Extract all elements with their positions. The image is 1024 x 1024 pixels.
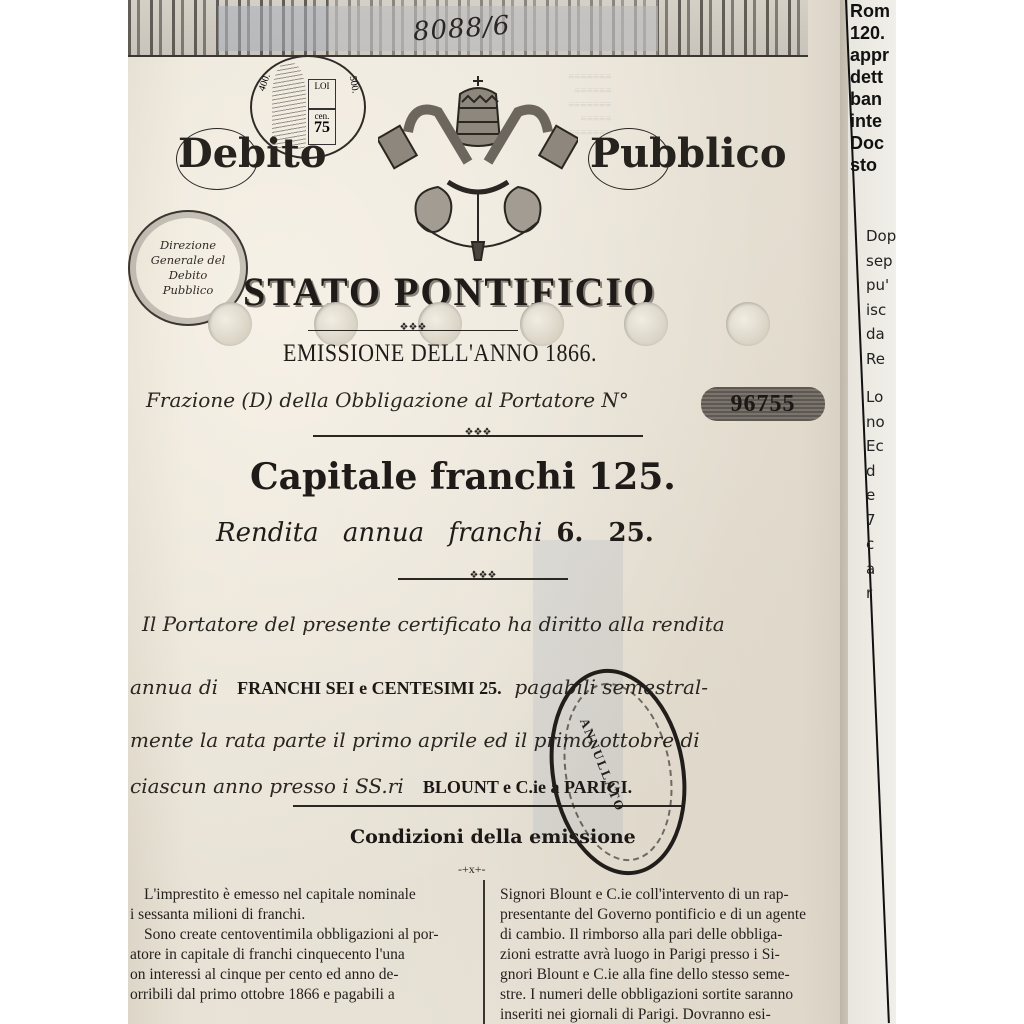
body-text: ciascun anno presso i SS.ri	[130, 774, 404, 798]
body-bold-amount: FRANCHI SEI e CENTESIMI 25.	[237, 678, 502, 698]
punch-hole	[624, 302, 668, 346]
column-line: i sessanta milioni di franchi.	[130, 905, 439, 925]
article-line: Doc	[850, 132, 898, 154]
cancellation-stamp-text: ANNULLATO	[576, 716, 628, 815]
article-line: Rom	[850, 0, 898, 22]
column-line: stre. I numeri delle obbligazioni sortit…	[500, 985, 806, 1005]
annual-income-value: 6. 25.	[556, 518, 653, 548]
title-pubblico: Pubblico	[590, 130, 787, 177]
article-line: sep	[866, 249, 896, 274]
article-line: sto	[850, 154, 898, 176]
papal-tiara-keys-emblem-icon	[378, 72, 578, 272]
ornamental-rule	[308, 330, 518, 331]
column-line: presentante del Governo pontificio e di …	[500, 905, 806, 925]
article-body: Dop sep pu' isc da Re Lo no Ec d e 7 c a…	[866, 224, 896, 606]
title-debito: Debito	[178, 130, 326, 177]
article-line: ban	[850, 88, 898, 110]
article-line: a	[866, 557, 896, 582]
ornamental-rule	[313, 435, 643, 437]
punch-hole	[208, 302, 252, 346]
column-line: inseriti nei giornali di Parigi. Dovrann…	[500, 1005, 806, 1024]
column-line: Signori Blount e C.ie coll'intervento di…	[500, 885, 806, 905]
column-divider	[483, 880, 485, 1024]
bond-number: 96755	[701, 387, 825, 421]
seal-line: Direzione	[130, 238, 246, 253]
column-line: orribili dal primo ottobre 1866 e pagabi…	[130, 985, 439, 1005]
body-line-1: Il Portatore del presente certificato ha…	[142, 612, 725, 636]
article-line: inte	[850, 110, 898, 132]
column-line: L'imprestito è emesso nel capitale nomin…	[130, 885, 439, 905]
annual-income: Rendita annua franchi6. 25.	[216, 518, 654, 548]
article-line: e	[866, 483, 896, 508]
column-line: gnori Blount e C.ie alla fine dello stes…	[500, 965, 806, 985]
article-line: 7	[866, 508, 896, 533]
column-line: on interessi al cinque per cento ed anno…	[130, 965, 439, 985]
column-line: zioni estratte avrà luogo in Parigi pres…	[500, 945, 806, 965]
article-line: c	[866, 532, 896, 557]
seal-line: Pubblico	[130, 283, 246, 298]
stamp-right-value: 500.	[346, 75, 360, 94]
article-line: r	[866, 581, 896, 606]
article-line: 120.	[850, 22, 898, 44]
article-line: da	[866, 322, 896, 347]
article-line: d	[866, 459, 896, 484]
punch-hole	[726, 302, 770, 346]
conditions-column-left: L'imprestito è emesso nel capitale nomin…	[130, 885, 439, 1005]
article-line: Dop	[866, 224, 896, 249]
article-bold-intro: Rom 120. appr dett ban inte Doc sto	[850, 0, 898, 176]
article-line: no	[866, 410, 896, 435]
article-line: Lo	[866, 385, 896, 410]
fraction-line: Frazione (D) della Obbligazione al Porta…	[146, 388, 629, 412]
certificate-paper: ≡≡≡≡≡≡≡ ≡≡≡≡≡≡ ≡≡≡≡≡≡≡ ≡≡≡≡≡ ≡≡≡≡≡≡≡ 808…	[128, 0, 858, 1024]
ornamental-rule	[398, 578, 568, 580]
stamp-tablet-top: LOI	[308, 79, 336, 109]
conditions-ornament: -+x+-	[458, 862, 486, 877]
article-line: appr	[850, 44, 898, 66]
article-line: Ec	[866, 434, 896, 459]
article-line: isc	[866, 298, 896, 323]
blank-margin	[896, 0, 1024, 1024]
column-line: di cambio. Il rimborso alla pari delle o…	[500, 925, 806, 945]
body-text: annua di	[130, 675, 218, 699]
stamp-left-value: 400.	[257, 72, 273, 92]
emission-year: EMISSIONE DELL'ANNO 1866.	[283, 338, 597, 368]
article-line: Re	[866, 347, 896, 372]
annual-income-label: Rendita annua franchi	[216, 518, 542, 548]
article-line: pu'	[866, 273, 896, 298]
seal-line: Debito	[130, 268, 246, 283]
capital-amount: Capitale franchi 125.	[250, 456, 676, 498]
column-line: atore in capitale di franchi cinquecento…	[130, 945, 439, 965]
column-line: Sono create centoventimila obbligazioni …	[130, 925, 439, 945]
article-line: dett	[850, 66, 898, 88]
seal-line: Generale del	[130, 253, 246, 268]
conditions-column-right: Signori Blount e C.ie coll'intervento di…	[500, 885, 806, 1024]
